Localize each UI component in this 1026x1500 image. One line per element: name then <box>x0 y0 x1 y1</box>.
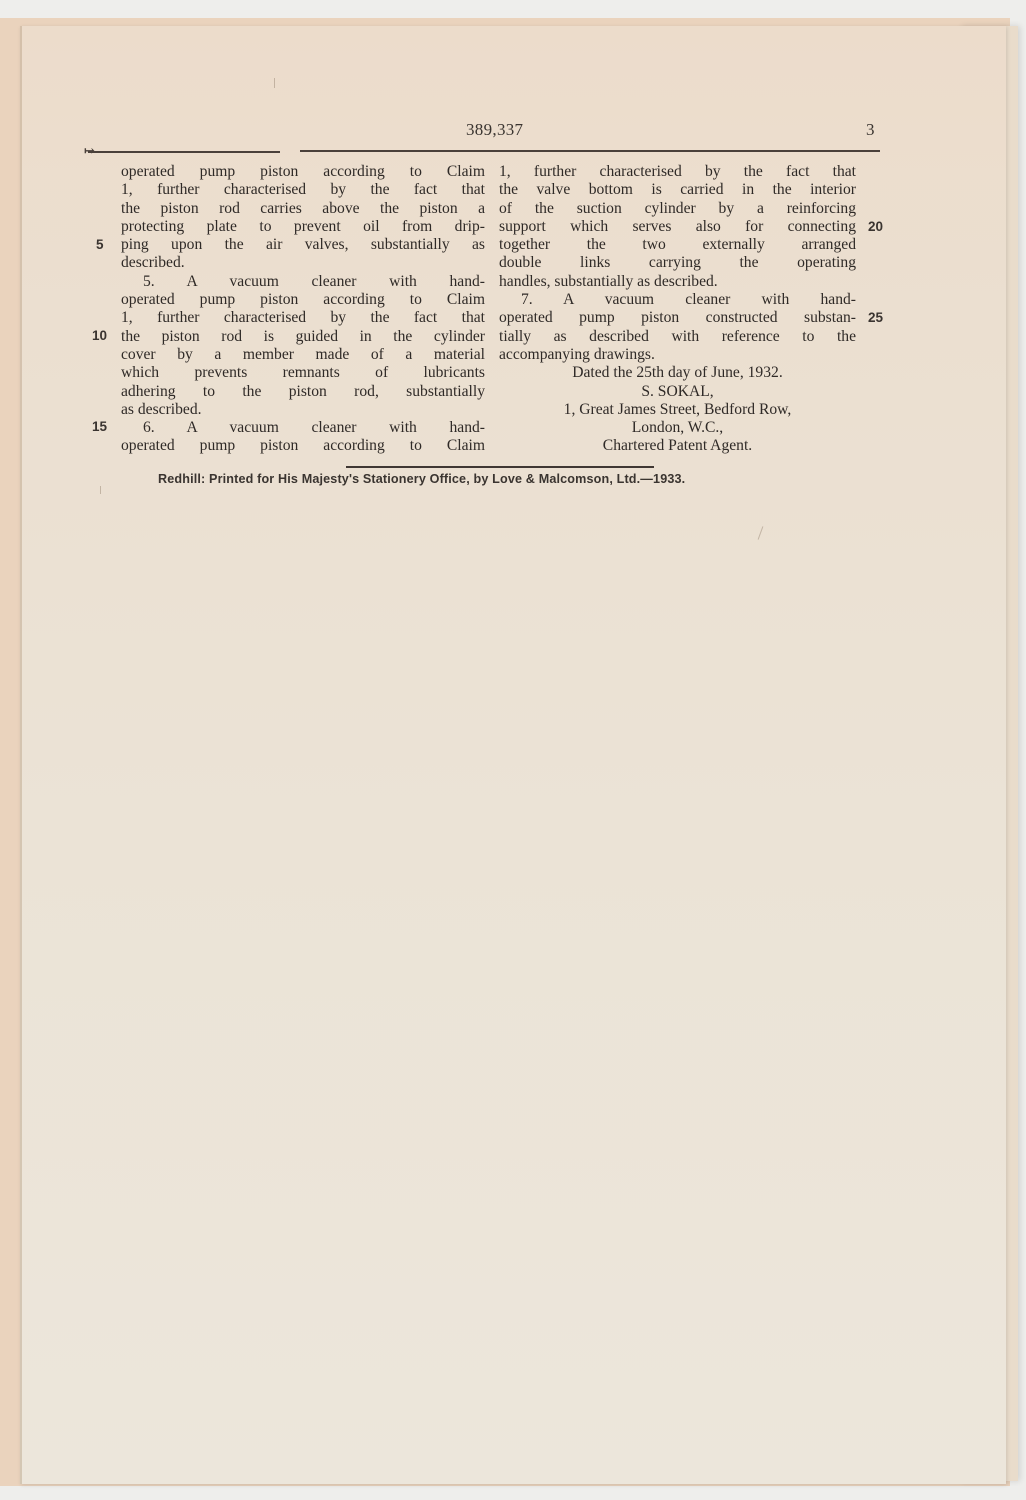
claim-7-start: 7. A vacuum cleaner with hand- <box>499 291 856 309</box>
right-column: 1, further characterised by the fact tha… <box>499 163 856 456</box>
text-line: which prevents remnants of lubricants <box>121 364 485 382</box>
text-line: adhering to the piston rod, substantiall… <box>121 383 485 401</box>
signature-dated: Dated the 25th day of June, 1932. <box>499 364 856 382</box>
imprint-rule <box>346 466 654 468</box>
text-line: handles, substantially as described. <box>499 273 856 291</box>
claim-6-start: 6. A vacuum cleaner with hand- <box>121 419 485 437</box>
page-edge <box>20 26 22 1484</box>
paper-blemish <box>100 486 101 494</box>
signature-address: 1, Great James Street, Bedford Row, <box>499 401 856 419</box>
text-line: operated pump piston according to Claim <box>121 163 485 181</box>
margin-line-number-25: 25 <box>868 310 883 325</box>
text-line: together the two externally arranged <box>499 236 856 254</box>
text-line: the piston rod carries above the piston … <box>121 200 485 218</box>
printer-imprint: Redhill: Printed for His Majesty's Stati… <box>158 472 858 486</box>
paper-blemish <box>274 78 275 88</box>
text-line: tially as described with reference to th… <box>499 328 856 346</box>
text-line: 1, further characterised by the fact tha… <box>499 163 856 181</box>
patent-number: 389,337 <box>466 120 523 140</box>
text-line: 1, further characterised by the fact tha… <box>121 309 485 327</box>
text-line: cover by a member made of a material <box>121 346 485 364</box>
text-line: operated pump piston constructed substan… <box>499 309 856 327</box>
text-line: protecting plate to prevent oil from dri… <box>121 218 485 236</box>
text-line: ping upon the air valves, substantially … <box>121 236 485 254</box>
left-column: operated pump piston according to Claim … <box>121 163 485 456</box>
claim-5-start: 5. A vacuum cleaner with hand- <box>121 273 485 291</box>
margin-line-number-10: 10 <box>92 328 107 343</box>
text-line: accompanying drawings. <box>499 346 856 364</box>
signature-city: London, W.C., <box>499 419 856 437</box>
signature-name: S. SOKAL, <box>499 383 856 401</box>
text-line: operated pump piston according to Claim <box>121 437 485 455</box>
margin-line-number-5: 5 <box>96 237 104 252</box>
page-header: ↦ 389,337 3 <box>20 26 1006 166</box>
text-line: the piston rod is guided in the cylinder <box>121 328 485 346</box>
text-line: as described. <box>121 401 485 419</box>
text-line: the valve bottom is carried in the inter… <box>499 181 856 199</box>
text-line: 1, further characterised by the fact tha… <box>121 181 485 199</box>
margin-line-number-20: 20 <box>868 219 883 234</box>
signature-title: Chartered Patent Agent. <box>499 437 856 455</box>
document-page: ↦ 389,337 3 operated pump piston accordi… <box>20 26 1006 1484</box>
header-rule-left <box>88 151 280 153</box>
paper-blemish <box>758 526 764 539</box>
page-number: 3 <box>866 120 875 140</box>
text-line: support which serves also for connecting <box>499 218 856 236</box>
margin-line-number-15: 15 <box>92 419 107 434</box>
text-line: double links carrying the operating <box>499 254 856 272</box>
text-line: operated pump piston according to Claim <box>121 291 485 309</box>
text-line: of the suction cylinder by a reinforcing <box>499 200 856 218</box>
header-rule-right <box>300 150 880 152</box>
text-line: described. <box>121 254 485 272</box>
